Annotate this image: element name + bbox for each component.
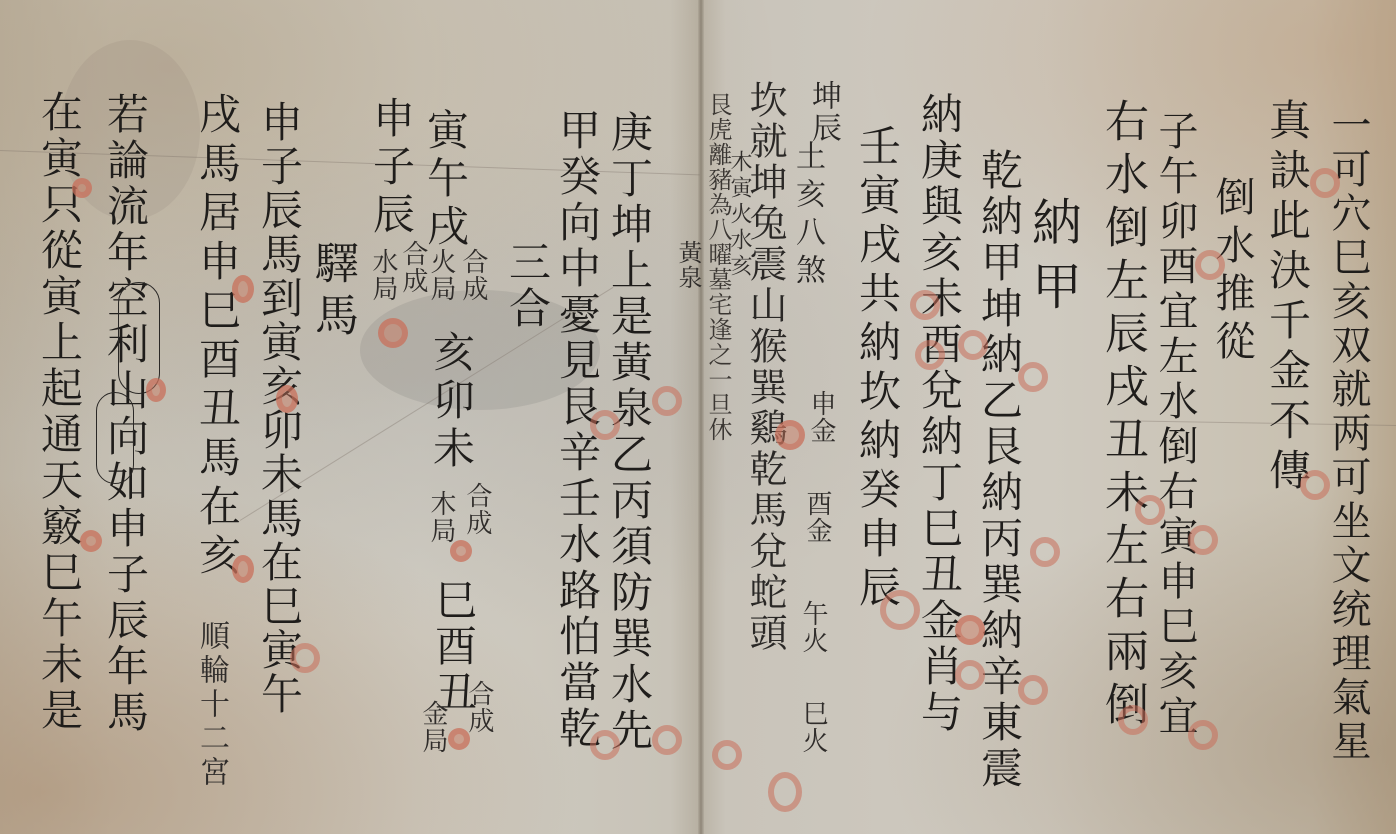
red-seal-mark <box>652 386 682 416</box>
section-heading-najia: 納甲 <box>1028 196 1078 324</box>
text-column: 右水倒左辰戌丑未左右兩倒 <box>1100 98 1144 734</box>
annotation: 合成 <box>466 680 492 734</box>
annotation: 酉金 <box>804 490 830 544</box>
text-column: 黃泉 <box>676 240 700 290</box>
text-column: 一可穴巳亥双就两可坐文统理氣星 <box>1328 104 1368 764</box>
red-seal-mark <box>1188 525 1218 555</box>
red-seal-mark <box>775 420 805 450</box>
red-seal-mark <box>232 275 254 303</box>
red-seal-mark <box>1018 675 1048 705</box>
red-seal-mark <box>955 615 985 645</box>
red-seal-mark <box>915 340 945 370</box>
annotation: 巳火 <box>800 700 826 754</box>
annotation: 午火 <box>800 600 826 654</box>
red-seal-mark <box>1018 362 1048 392</box>
red-seal-mark <box>276 385 298 413</box>
red-seal-mark <box>1195 250 1225 280</box>
red-seal-mark <box>958 330 988 360</box>
red-seal-mark <box>910 290 940 320</box>
annotation: 水局 <box>370 248 396 302</box>
red-seal-mark <box>232 555 254 583</box>
red-seal-mark <box>290 643 320 673</box>
annotation: 順輪十二宮 <box>196 620 226 790</box>
red-seal-mark <box>590 410 620 440</box>
text-column: 乾納甲坤納乙艮納丙巽納辛東震 <box>978 148 1020 792</box>
text-column: 亥卯未 <box>430 330 472 474</box>
red-seal-mark <box>450 540 472 562</box>
text-column: 戌馬居申巳酉丑馬在亥 <box>196 92 238 582</box>
red-seal-mark <box>378 318 408 348</box>
annotation: 申金 <box>808 390 834 444</box>
annotation: 合成 <box>400 240 426 294</box>
text-column: 子午卯酉宜左水倒右寅申巳亥宜 <box>1155 110 1195 740</box>
red-seal-mark <box>768 772 802 812</box>
text-column: 坤辰 <box>808 80 838 144</box>
section-heading-yima: 驛馬 <box>310 240 354 344</box>
section-heading-sanhe: 三合 <box>506 240 548 332</box>
red-seal-mark <box>146 378 166 402</box>
red-seal-mark <box>448 728 470 750</box>
ink-circle-mark <box>96 392 134 484</box>
annotation: 合成 <box>460 248 486 302</box>
red-seal-mark <box>1300 470 1330 500</box>
right-page: 一可穴巳亥双就两可坐文统理氣星 真訣此決千金不傳 倒水推從 子午卯酉宜左水倒右寅… <box>700 0 1396 834</box>
red-seal-mark <box>955 660 985 690</box>
manuscript-spread: 一可穴巳亥双就两可坐文统理氣星 真訣此決千金不傳 倒水推從 子午卯酉宜左水倒右寅… <box>0 0 1396 834</box>
text-column: 壬寅戌共納坎納癸申辰 <box>856 124 898 614</box>
red-seal-mark <box>72 178 92 198</box>
red-seal-mark <box>712 740 742 770</box>
red-seal-mark <box>590 730 620 760</box>
text-column: 艮虎離豬為八曜墓宅逢之一旦休 <box>706 92 730 442</box>
red-seal-mark <box>880 590 920 630</box>
annotation: 火局 <box>428 248 454 302</box>
red-seal-mark <box>1188 720 1218 750</box>
annotation: 金局 <box>420 700 446 754</box>
red-seal-mark <box>80 530 102 552</box>
text-column: 申子辰 <box>370 96 412 240</box>
text-column: 寅午戌 <box>424 108 466 252</box>
red-seal-mark <box>1030 537 1060 567</box>
red-seal-mark <box>1135 495 1165 525</box>
annotation: 合成 <box>464 482 490 536</box>
text-column: 土亥八煞 <box>792 140 822 292</box>
annotation: 木局 <box>428 490 454 544</box>
text-column: 真訣此決千金不傳 <box>1266 98 1308 498</box>
red-seal-mark <box>652 725 682 755</box>
red-seal-mark <box>1310 168 1340 198</box>
red-seal-mark <box>1118 705 1148 735</box>
text-column: 納庚與亥未酉兌納丁巳丑金肖与 <box>918 92 960 736</box>
